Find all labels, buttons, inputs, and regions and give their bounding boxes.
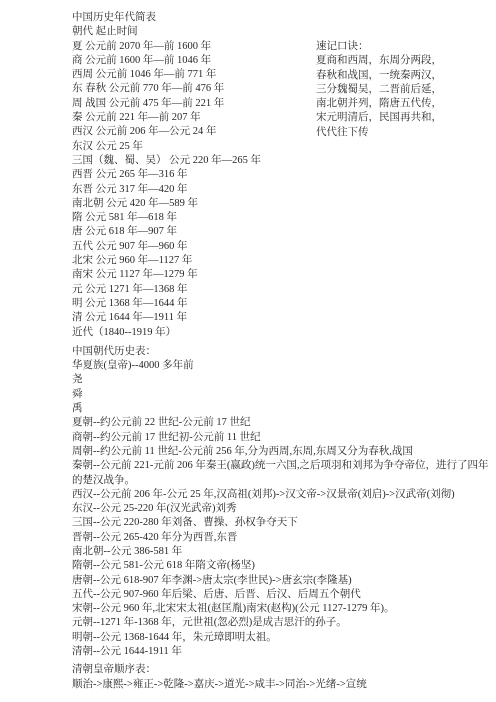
- history-section-title: 中国朝代历史表：: [72, 345, 496, 359]
- history-row: 夏朝--约公元前 22 世纪-公元前 17 世纪: [72, 416, 496, 430]
- dynasty-row: 东汉 公元 25 年: [72, 140, 496, 154]
- history-row: 唐朝--公元 618-907 年李渊->唐太宗(李世民)->唐玄宗(李隆基): [72, 574, 496, 588]
- history-row: 禹: [72, 402, 496, 416]
- history-row: 清朝--公元 1644-1911 年: [72, 645, 496, 659]
- dynasty-row: 三国（魏、蜀、吴） 公元 220 年—265 年: [72, 154, 496, 168]
- dynasty-row: 唐 公元 618 年—907 年: [72, 225, 496, 239]
- columns-header: 朝代 起止时间: [72, 25, 496, 39]
- dynasty-row: 北宋 公元 960 年—1127 年: [72, 254, 496, 268]
- dynasty-row: 隋 公元 581 年—618 年: [72, 211, 496, 225]
- mnemonic-line: 夏商和西周，东周分两段，: [316, 54, 494, 68]
- history-row: 三国--公元 220-280 年刘备、曹操、孙权争夺天下: [72, 516, 496, 530]
- document-page: 中国历史年代简表 朝代 起止时间 夏 公元前 2070 年—前 1600 年商 …: [0, 0, 496, 702]
- mnemonic-line: 代代往下传: [316, 126, 494, 140]
- mnemonic-line: 南北朝并列，隋唐五代传，: [316, 97, 494, 111]
- history-row: 西汉--公元前 206 年-公元 25 年,汉高祖(刘邦)->汉文帝->汉景帝(…: [72, 488, 496, 502]
- qing-emperors-title: 清朝皇帝顺序表：: [72, 663, 496, 677]
- mnemonic-block: 速记口诀： 夏商和西周，东周分两段，春秋和战国，一统秦两汉，三分魏蜀吴，二晋前后…: [316, 40, 494, 140]
- history-list: 华夏族(皇帝)--4000 多年前尧舜禹夏朝--约公元前 22 世纪-公元前 1…: [72, 359, 496, 659]
- history-row: 华夏族(皇帝)--4000 多年前: [72, 359, 496, 373]
- dynasty-row: 东晋 公元 317 年—420 年: [72, 183, 496, 197]
- dynasty-row: 南宋 公元 1127 年—1279 年: [72, 268, 496, 282]
- history-row: 周朝--约公元前 11 世纪-公元前 256 年,分为西周,东周,东周又分为春秋…: [72, 445, 496, 459]
- dynasty-row: 西晋 公元 265 年—316 年: [72, 168, 496, 182]
- history-row: 尧: [72, 373, 496, 387]
- dynasty-row: 南北朝 公元 420 年—589 年: [72, 197, 496, 211]
- dynasty-row: 元 公元 1271 年—1368 年: [72, 283, 496, 297]
- history-row: 元朝--1271 年-1368 年，元世祖(忽必烈)是成吉思汗的孙子。: [72, 616, 496, 630]
- document-title: 中国历史年代简表: [72, 11, 496, 25]
- mnemonic-line: 三分魏蜀吴，二晋前后延，: [316, 83, 494, 97]
- history-row: 舜: [72, 388, 496, 402]
- mnemonic-title: 速记口诀：: [316, 40, 494, 54]
- mnemonic-line: 春秋和战国，一统秦两汉，: [316, 69, 494, 83]
- history-row: 东汉--公元 25-220 年(汉光武帝)刘秀: [72, 502, 496, 516]
- history-row: 五代--公元 907-960 年后梁、后唐、后晋、后汉、后周五个朝代: [72, 588, 496, 602]
- dynasty-row: 近代（1840--1919 年）: [72, 326, 496, 340]
- qing-emperors-sequence: 顺治->康熙->雍正->乾隆->嘉庆->道光->咸丰->同治->光绪->宣统: [72, 678, 496, 692]
- history-row: 秦朝--公元前 221-元前 206 年秦王(嬴政)统一六国,之后项羽和刘邦为争…: [72, 459, 496, 488]
- history-row: 明朝--公元 1368-1644 年，朱元璋即明太祖。: [72, 631, 496, 645]
- dynasty-row: 明 公元 1368 年—1644 年: [72, 297, 496, 311]
- history-row: 晋朝--公元 265-420 年分为西晋,东晋: [72, 531, 496, 545]
- history-row: 宋朝--公元 960 年,北宋宋太祖(赵匡胤)南宋(赵构)(公元 1127-12…: [72, 602, 496, 616]
- dynasty-history-section: 中国朝代历史表： 华夏族(皇帝)--4000 多年前尧舜禹夏朝--约公元前 22…: [72, 345, 496, 660]
- dynasty-row: 五代 公元 907 年—960 年: [72, 240, 496, 254]
- dynasty-row: 清 公元 1644 年—1911 年: [72, 311, 496, 325]
- mnemonic-lines: 夏商和西周，东周分两段，春秋和战国，一统秦两汉，三分魏蜀吴，二晋前后延，南北朝并…: [316, 54, 494, 140]
- history-row: 隋朝--公元 581-公元 618 年隋文帝(杨坚): [72, 559, 496, 573]
- qing-emperors-section: 清朝皇帝顺序表： 顺治->康熙->雍正->乾隆->嘉庆->道光->咸丰->同治-…: [72, 663, 496, 692]
- history-row: 商朝--约公元前 17 世纪初-公元前 11 世纪: [72, 431, 496, 445]
- mnemonic-line: 宋元明清后，民国再共和，: [316, 111, 494, 125]
- history-row: 南北朝--公元 386-581 年: [72, 545, 496, 559]
